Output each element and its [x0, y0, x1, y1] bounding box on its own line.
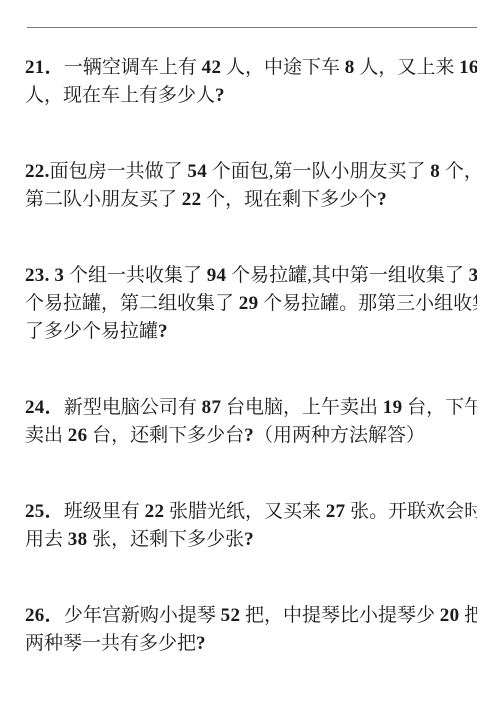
problem-23: 23. 3 个组一共收集了 94 个易拉罐,其中第一组收集了 34 个易拉罐，第…: [25, 262, 477, 346]
problem-22: 22.面包房一共做了 54 个面包,第一队小朋友买了 8 个， 第二队小朋友买了…: [25, 158, 477, 214]
problem-text-line: 个易拉罐，第二组收集了 29 个易拉罐。那第三小组收集: [25, 290, 477, 318]
problem-text-line: 22.面包房一共做了 54 个面包,第一队小朋友买了 8 个，: [25, 158, 477, 186]
problem-text-line: 卖出 26 台，还剩下多少台?（用两种方法解答）: [25, 422, 477, 450]
problem-21: 21．一辆空调车上有 42 人，中途下车 8 人，又上来 16 人，现在车上有多…: [25, 54, 477, 110]
problem-text-line: 24．新型电脑公司有 87 台电脑，上午卖出 19 台，下午: [25, 394, 477, 422]
problem-text-line: 了多少个易拉罐?: [25, 318, 477, 346]
problem-24: 24．新型电脑公司有 87 台电脑，上午卖出 19 台，下午 卖出 26 台，还…: [25, 394, 477, 450]
top-divider-line: [27, 27, 477, 28]
problem-text-line: 两种琴一共有多少把?: [25, 630, 477, 658]
problem-text-line: 人，现在车上有多少人?: [25, 82, 477, 110]
problem-26: 26．少年宫新购小提琴 52 把，中提琴比小提琴少 20 把， 两种琴一共有多少…: [25, 602, 477, 658]
document-page: 21．一辆空调车上有 42 人，中途下车 8 人，又上来 16 人，现在车上有多…: [0, 0, 500, 707]
problem-text-line: 用去 38 张，还剩下多少张?: [25, 526, 477, 554]
problem-text-line: 23. 3 个组一共收集了 94 个易拉罐,其中第一组收集了 34: [25, 262, 477, 290]
problem-text-line: 26．少年宫新购小提琴 52 把，中提琴比小提琴少 20 把，: [25, 602, 477, 630]
problem-25: 25．班级里有 22 张腊光纸，又买来 27 张。开联欢会时 用去 38 张，还…: [25, 498, 477, 554]
problem-text-line: 21．一辆空调车上有 42 人，中途下车 8 人，又上来 16: [25, 54, 477, 82]
problem-text-line: 第二队小朋友买了 22 个，现在剩下多少个?: [25, 186, 477, 214]
problems-list: 21．一辆空调车上有 42 人，中途下车 8 人，又上来 16 人，现在车上有多…: [25, 54, 477, 658]
problem-text-line: 25．班级里有 22 张腊光纸，又买来 27 张。开联欢会时: [25, 498, 477, 526]
